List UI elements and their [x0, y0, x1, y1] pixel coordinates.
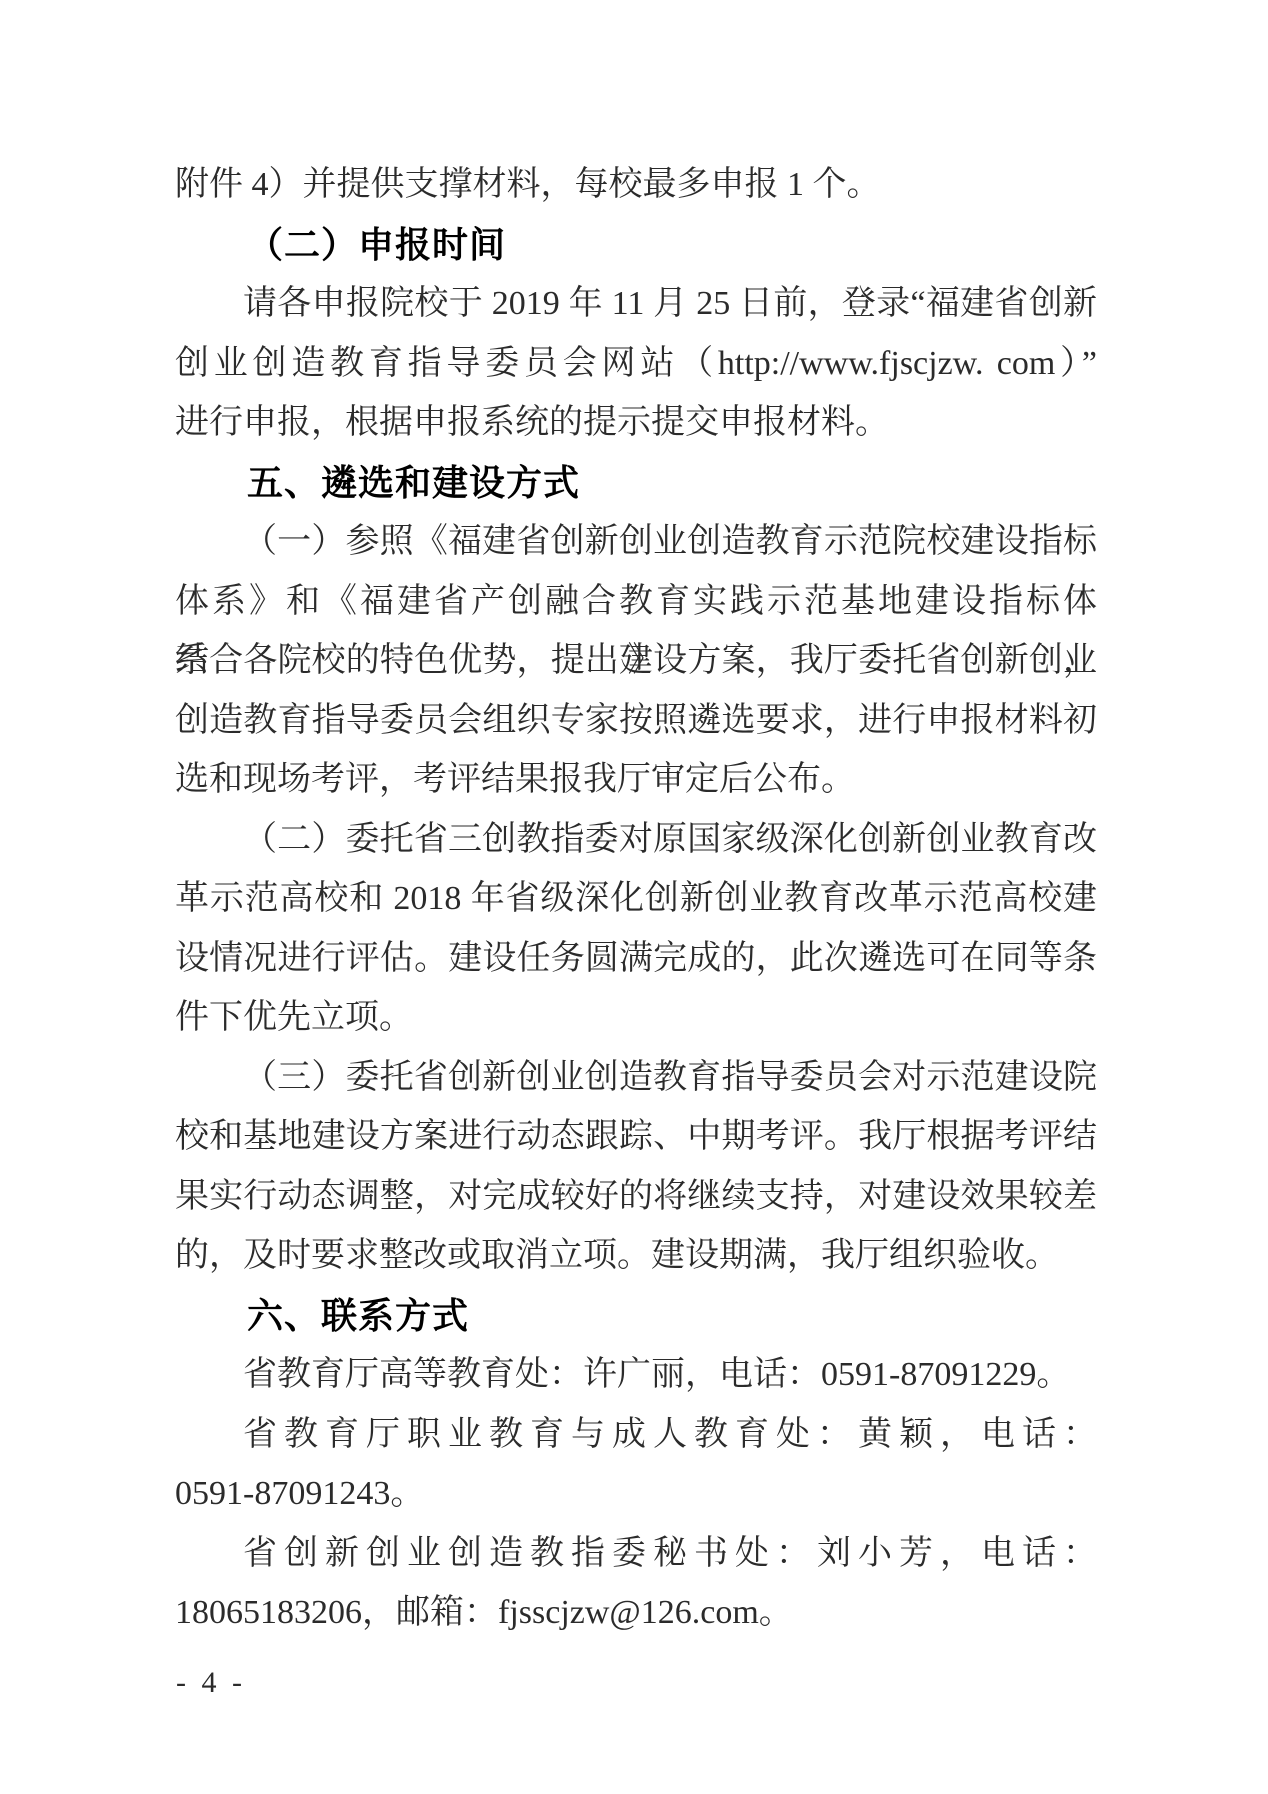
section-heading: 六、联系方式	[175, 1286, 1097, 1346]
text-line: 设情况进行评估。建设任务圆满完成的，此次遴选可在同等条	[175, 929, 1097, 989]
text-line: 创业创造教育指导委员会网站（http://www.fjscjzw. com）”	[175, 334, 1097, 394]
text-line: 校和基地建设方案进行动态跟踪、中期考评。我厅根据考评结	[175, 1107, 1097, 1167]
text-line: 省教育厅高等教育处：许广丽，电话：0591-87091229。	[175, 1345, 1097, 1405]
section-heading: 五、遴选和建设方式	[175, 453, 1097, 513]
text-line: 0591-87091243。	[175, 1464, 1097, 1524]
text-line: 18065183206，邮箱：fjsscjzw@126.com。	[175, 1583, 1097, 1643]
section-heading: （二）申报时间	[175, 215, 1097, 275]
text-line: 附件 4）并提供支撑材料，每校最多申报 1 个。	[175, 155, 1097, 215]
text-line: 结合各院校的特色优势，提出建设方案，我厅委托省创新创业	[175, 631, 1097, 691]
document-page: 附件 4）并提供支撑材料，每校最多申报 1 个。（二）申报时间请各申报院校于 2…	[0, 0, 1268, 1794]
text-line: 体系》和《福建省产创融合教育实践示范基地建设指标体系》，	[175, 572, 1097, 632]
text-line: 的，及时要求整改或取消立项。建设期满，我厅组织验收。	[175, 1226, 1097, 1286]
text-line: 革示范高校和 2018 年省级深化创新创业教育改革示范高校建	[175, 869, 1097, 929]
text-line: 创造教育指导委员会组织专家按照遴选要求，进行申报材料初	[175, 691, 1097, 751]
text-line: （一）参照《福建省创新创业创造教育示范院校建设指标	[175, 512, 1097, 572]
text-line: 进行申报，根据申报系统的提示提交申报材料。	[175, 393, 1097, 453]
document-body: 附件 4）并提供支撑材料，每校最多申报 1 个。（二）申报时间请各申报院校于 2…	[175, 155, 1097, 1643]
text-line: （二）委托省三创教指委对原国家级深化创新创业教育改	[175, 810, 1097, 870]
text-line: 选和现场考评，考评结果报我厅审定后公布。	[175, 750, 1097, 810]
text-line: 省教育厅职业教育与成人教育处：黄颖，电话：	[175, 1405, 1097, 1465]
text-line: （三）委托省创新创业创造教育指导委员会对示范建设院	[175, 1048, 1097, 1108]
text-line: 果实行动态调整，对完成较好的将继续支持，对建设效果较差	[175, 1167, 1097, 1227]
text-line: 件下优先立项。	[175, 988, 1097, 1048]
text-line: 省创新创业创造教指委秘书处：刘小芳，电话：	[175, 1524, 1097, 1584]
text-line: 请各申报院校于 2019 年 11 月 25 日前，登录“福建省创新	[175, 274, 1097, 334]
page-number: - 4 -	[176, 1666, 246, 1700]
